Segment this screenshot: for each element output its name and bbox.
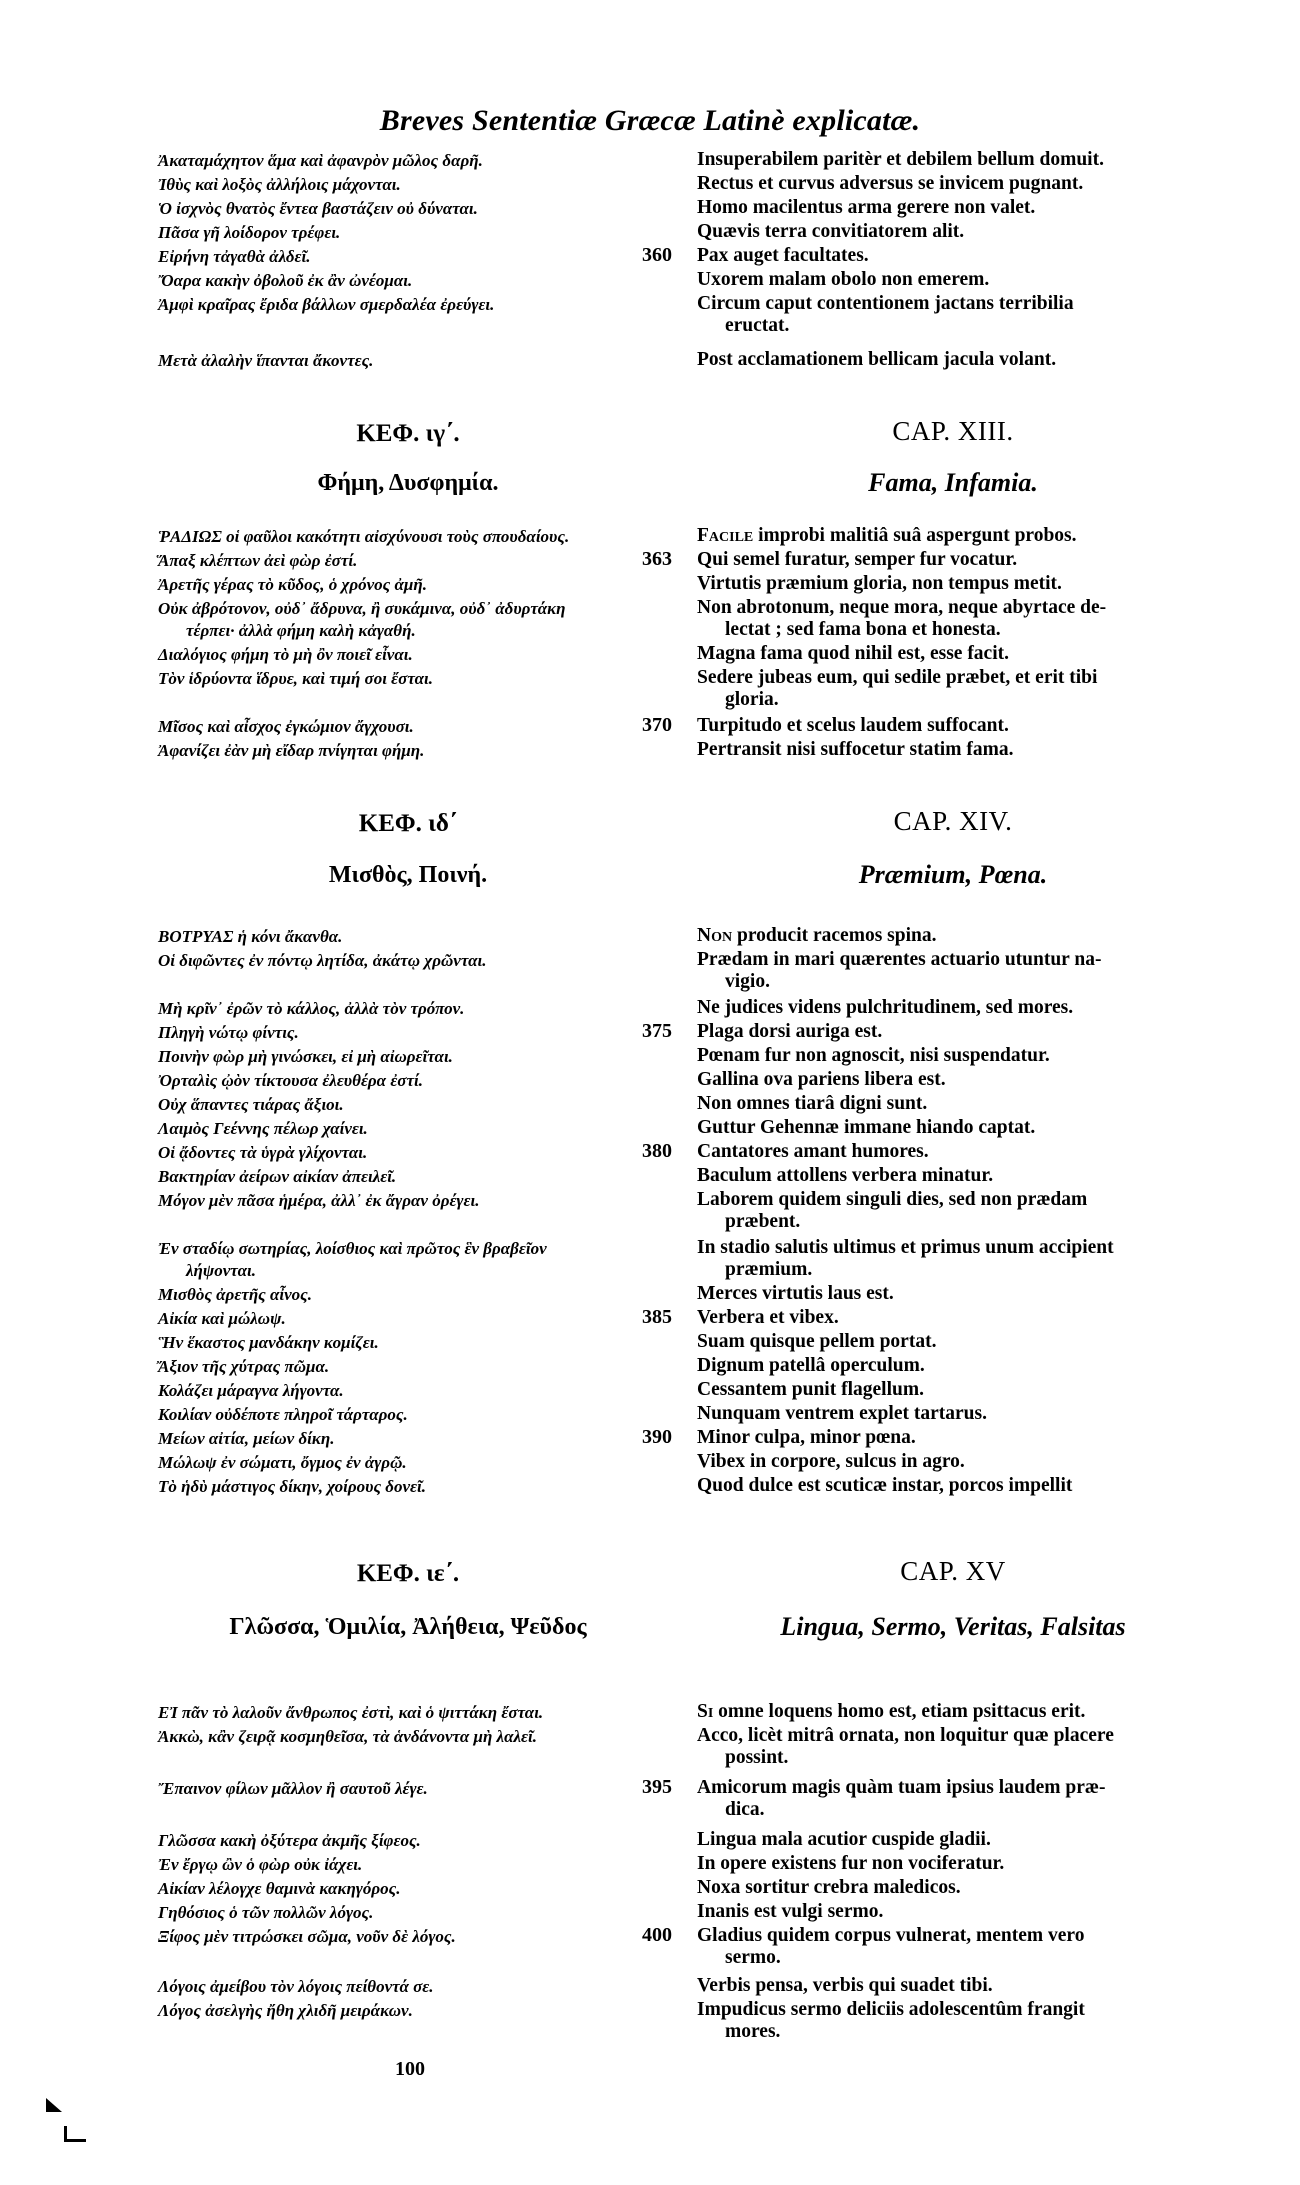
greek-line: Ὀρταλὶς ᾠὸν τίκτουσα ἐλευθέρα ἐστί. xyxy=(158,1070,678,1092)
greek-line-continuation: τέρπει· ἀλλὰ φήμη καλὴ κἀγαθή. xyxy=(158,620,706,642)
latin-line: Acco, licèt mitrâ ornata, non loquitur q… xyxy=(697,1724,1209,1747)
latin-line: Ne judices videns pulchritudinem, sed mo… xyxy=(697,996,1209,1019)
greek-line: Μόγον μὲν πᾶσα ἡμέρα, ἀλλ᾽ ἐκ ἄγραν ὀρέγ… xyxy=(158,1190,678,1212)
greek-line: Ὄαρα κακὴν ὀβολοῦ ἐκ ἂν ὠνέομαι. xyxy=(158,270,678,292)
latin-line-continuation: gloria. xyxy=(697,688,1237,711)
latin-line: Post acclamationem bellicam jacula volan… xyxy=(697,348,1209,371)
greek-line: Τὸν ἱδρύοντα ἵδρυε, καὶ τιμή σοι ἔσται. xyxy=(158,668,678,690)
greek-line: Οὐχ ἅπαντες τιάρας ἄξιοι. xyxy=(158,1094,678,1116)
latin-line: Verbera et vibex. xyxy=(697,1306,1209,1329)
latin-line: Verbis pensa, verbis qui suadet tibi. xyxy=(697,1974,1209,1997)
latin-line: Circum caput contentionem jactans terrib… xyxy=(697,292,1209,315)
line-number: 385 xyxy=(600,1306,672,1329)
greek-line: Ἐν ἔργῳ ὢν ὁ φὼρ οὐκ ἰάχει. xyxy=(158,1854,678,1876)
greek-line: Ποινὴν φὼρ μὴ γινώσκει, εἰ μὴ αἰωρεῖται. xyxy=(158,1046,678,1068)
latin-line: Homo macilentus arma gerere non valet. xyxy=(697,196,1209,219)
latin-line: Qui semel furatur, semper fur vocatur. xyxy=(697,548,1209,571)
greek-line: ῬΑΔΙΩΣ οἱ φαῦλοι κακότητι αἰσχύνουσι τοὺ… xyxy=(158,526,678,548)
latin-line-continuation: eructat. xyxy=(697,314,1237,337)
greek-line: Πᾶσα γῆ λοίδορον τρέφει. xyxy=(158,222,678,244)
greek-line: Λόγοις ἀμείβου τὸν λόγοις πείθοντά σε. xyxy=(158,1976,678,1998)
latin-line: Quævis terra convitiatorem alit. xyxy=(697,220,1209,243)
latin-line: Impudicus sermo deliciis adolescentûm fr… xyxy=(697,1998,1209,2021)
latin-line-continuation: sermo. xyxy=(697,1946,1237,1969)
latin-line-continuation: lectat ; sed fama bona et honesta. xyxy=(697,618,1237,641)
running-head: Breves Sententiæ Græcæ Latinè explicatæ. xyxy=(0,104,1300,138)
chapter-subtitle-greek: Μισθὸς, Ποινή. xyxy=(158,862,658,889)
latin-line: Nunquam ventrem explet tartarus. xyxy=(697,1402,1209,1425)
latin-line-continuation: dica. xyxy=(697,1798,1237,1821)
latin-line: Plaga dorsi auriga est. xyxy=(697,1020,1209,1043)
latin-line: Magna fama quod nihil est, esse facit. xyxy=(697,642,1209,665)
latin-line: Rectus et curvus adversus se invicem pug… xyxy=(697,172,1209,195)
latin-line: Si omne loquens homo est, etiam psittacu… xyxy=(697,1700,1209,1723)
chapter-heading-greek: ΚΕΦ. ιε΄. xyxy=(158,1560,658,1588)
latin-line: Inanis est vulgi sermo. xyxy=(697,1900,1209,1923)
latin-line: Amicorum magis quàm tuam ipsius laudem p… xyxy=(697,1776,1209,1799)
greek-line: Μώλωψ ἐν σώματι, ὄγμος ἐν ἀγρῷ. xyxy=(158,1452,678,1474)
latin-line: Prædam in mari quærentes actuario utuntu… xyxy=(697,948,1209,971)
greek-line: Κολάζει μάραγνα λήγοντα. xyxy=(158,1380,678,1402)
chapter-subtitle-greek: Γλῶσσα, Ὁμιλία, Ἀλήθεια, Ψεῦδος xyxy=(158,1614,658,1641)
latin-line: Uxorem malam obolo non emerem. xyxy=(697,268,1209,291)
chapter-heading-latin: CAP. XIV. xyxy=(697,806,1209,837)
latin-line: In stadio salutis ultimus et primus unum… xyxy=(697,1236,1209,1259)
latin-line: Facile improbi malitiâ suâ aspergunt pro… xyxy=(697,524,1209,547)
latin-line: Noxa sortitur crebra maledicos. xyxy=(697,1876,1209,1899)
latin-line: In opere existens fur non vociferatur. xyxy=(697,1852,1209,1875)
greek-line: Γηθόσιος ὁ τῶν πολλῶν λόγος. xyxy=(158,1902,678,1924)
latin-line: Gallina ova pariens libera est. xyxy=(697,1068,1209,1091)
latin-line: Gladius quidem corpus vulnerat, mentem v… xyxy=(697,1924,1209,1947)
latin-line: Insuperabilem paritèr et debilem bellum … xyxy=(697,148,1209,171)
latin-line: Pax auget facultates. xyxy=(697,244,1209,267)
latin-line: Pœnam fur non agnoscit, nisi suspendatur… xyxy=(697,1044,1209,1067)
greek-line: Ἀφανίζει ἐὰν μὴ εἴδαρ πνίγηται φήμη. xyxy=(158,740,678,762)
latin-line: Lingua mala acutior cuspide gladii. xyxy=(697,1828,1209,1851)
greek-line: Γλῶσσα κακὴ ὀξύτερα ἀκμῆς ξίφεος. xyxy=(158,1830,678,1852)
greek-line: Μὴ κρῖν᾽ ἐρῶν τὸ κάλλος, ἀλλὰ τὸν τρόπον… xyxy=(158,998,678,1020)
latin-line: Non omnes tiarâ digni sunt. xyxy=(697,1092,1209,1115)
greek-line: Ἣν ἕκαστος μανδάκην κομίζει. xyxy=(158,1332,678,1354)
greek-line: ΕἸ πᾶν τὸ λαλοῦν ἄνθρωπος ἐστὶ, καὶ ὁ ψι… xyxy=(158,1702,678,1724)
line-number: 380 xyxy=(600,1140,672,1163)
latin-line: Non abrotonum, neque mora, neque abyrtac… xyxy=(697,596,1209,619)
greek-line: Μετὰ ἀλαλὴν ἵπανται ἄκοντες. xyxy=(158,350,678,372)
latin-line: Laborem quidem singuli dies, sed non præ… xyxy=(697,1188,1209,1211)
latin-line: Turpitudo et scelus laudem suffocant. xyxy=(697,714,1209,737)
latin-line: Vibex in corpore, sulcus in agro. xyxy=(697,1450,1209,1473)
greek-line-continuation: λήψονται. xyxy=(158,1260,706,1282)
latin-line: Merces virtutis laus est. xyxy=(697,1282,1209,1305)
greek-line: Οἱ διφῶντες ἐν πόντῳ λητίδα, ἀκάτῳ χρῶντ… xyxy=(158,950,678,972)
latin-line: Minor culpa, minor pœna. xyxy=(697,1426,1209,1449)
line-number: 370 xyxy=(600,714,672,737)
greek-line: ΒΟΤΡΥΑΣ ἡ κόνι ἄκανθα. xyxy=(158,926,678,948)
latin-line: Dignum patellâ operculum. xyxy=(697,1354,1209,1377)
line-number: 360 xyxy=(600,244,672,267)
latin-line-continuation: præbent. xyxy=(697,1210,1237,1233)
greek-line: Ἰθὺς καὶ λοξὸς ἀλλήλοις μάχονται. xyxy=(158,174,678,196)
small-caps-initial: Facile xyxy=(697,525,753,546)
greek-line: Ἀρετῆς γέρας τὸ κῦδος, ὁ χρόνος ἀμῆ. xyxy=(158,574,678,596)
page-number: 100 xyxy=(360,2058,460,2081)
small-caps-initial: Si xyxy=(697,1701,713,1722)
greek-line: Βακτηρίαν ἀείρων αἰκίαν ἀπειλεῖ. xyxy=(158,1166,678,1188)
chapter-subtitle-latin: Præmium, Pœna. xyxy=(697,860,1209,890)
line-number: 375 xyxy=(600,1020,672,1043)
latin-line-continuation: mores. xyxy=(697,2020,1237,2043)
line-number: 363 xyxy=(600,548,672,571)
greek-line: Μισθὸς ἀρετῆς αἶνος. xyxy=(158,1284,678,1306)
latin-line-continuation: præmium. xyxy=(697,1258,1237,1281)
greek-line: Ἀκκὼ, κἂν ζειρᾷ κοσμηθεῖσα, τὰ ἁνδάνοντα… xyxy=(158,1726,678,1748)
small-caps-initial: Non xyxy=(697,925,732,946)
greek-line: Διαλόγιος φήμη τὸ μὴ ὂν ποιεῖ εἶναι. xyxy=(158,644,678,666)
scan-artifact-mark xyxy=(64,2139,86,2142)
latin-line-continuation: possint. xyxy=(697,1746,1237,1769)
latin-line: Quod dulce est scuticæ instar, porcos im… xyxy=(697,1474,1209,1497)
line-number: 395 xyxy=(600,1776,672,1799)
latin-line: Virtutis præmium gloria, non tempus meti… xyxy=(697,572,1209,595)
latin-line: Non producit racemos spina. xyxy=(697,924,1209,947)
chapter-heading-latin: CAP. XIII. xyxy=(697,416,1209,447)
greek-line: Ἀκαταμάχητον ἅμα καὶ ἀφανρὸν μῶλος δαρῆ. xyxy=(158,150,678,172)
latin-line: Cantatores amant humores. xyxy=(697,1140,1209,1163)
greek-line: Ἀμφὶ κραῖρας ἔριδα βάλλων σμερδαλέα ἐρεύ… xyxy=(158,294,678,316)
line-number: 390 xyxy=(600,1426,672,1449)
latin-line: Guttur Gehennæ immane hiando captat. xyxy=(697,1116,1209,1139)
chapter-subtitle-latin: Fama, Infamia. xyxy=(697,468,1209,498)
latin-line: Baculum attollens verbera minatur. xyxy=(697,1164,1209,1187)
chapter-heading-greek: ΚΕΦ. ιδ΄ xyxy=(158,810,658,838)
greek-line: Τὸ ἡδὺ μάστιγος δίκην, χοίρους δονεῖ. xyxy=(158,1476,678,1498)
scan-artifact-mark xyxy=(46,2098,62,2112)
line-number: 400 xyxy=(600,1924,672,1947)
latin-line-continuation: vigio. xyxy=(697,970,1237,993)
greek-line: Αἰκίαν λέλογχε θαμινὰ κακηγόρος. xyxy=(158,1878,678,1900)
greek-line: Ἐν σταδίῳ σωτηρίας, λοίσθιος καὶ πρῶτος … xyxy=(158,1238,678,1260)
greek-line: Λαιμὸς Γεέννης πέλωρ χαίνει. xyxy=(158,1118,678,1140)
greek-line: Οὐκ ἀβρότονον, οὐδ᾽ ἄδρυνα, ἢ συκάμινα, … xyxy=(158,598,678,620)
latin-line: Sedere jubeas eum, qui sedile præbet, et… xyxy=(697,666,1209,689)
latin-line: Pertransit nisi suffocetur statim fama. xyxy=(697,738,1209,761)
chapter-subtitle-latin: Lingua, Sermo, Veritas, Falsitas xyxy=(697,1612,1209,1642)
greek-line: Ἄξιον τῆς χύτρας πῶμα. xyxy=(158,1356,678,1378)
greek-line: Λόγος ἀσελγὴς ἤθη χλιδῆ μειράκων. xyxy=(158,2000,678,2022)
greek-line: Ὁ ἰσχνὸς θνατὸς ἔντεα βαστάζειν οὐ δύνατ… xyxy=(158,198,678,220)
latin-line: Cessantem punit flagellum. xyxy=(697,1378,1209,1401)
chapter-heading-greek: ΚΕΦ. ιγ΄. xyxy=(158,420,658,448)
chapter-subtitle-greek: Φήμη, Δυσφημία. xyxy=(158,470,658,497)
latin-line: Suam quisque pellem portat. xyxy=(697,1330,1209,1353)
greek-line: Κοιλίαν οὐδέποτε πληροῖ τάρταρος. xyxy=(158,1404,678,1426)
chapter-heading-latin: CAP. XV xyxy=(697,1556,1209,1587)
